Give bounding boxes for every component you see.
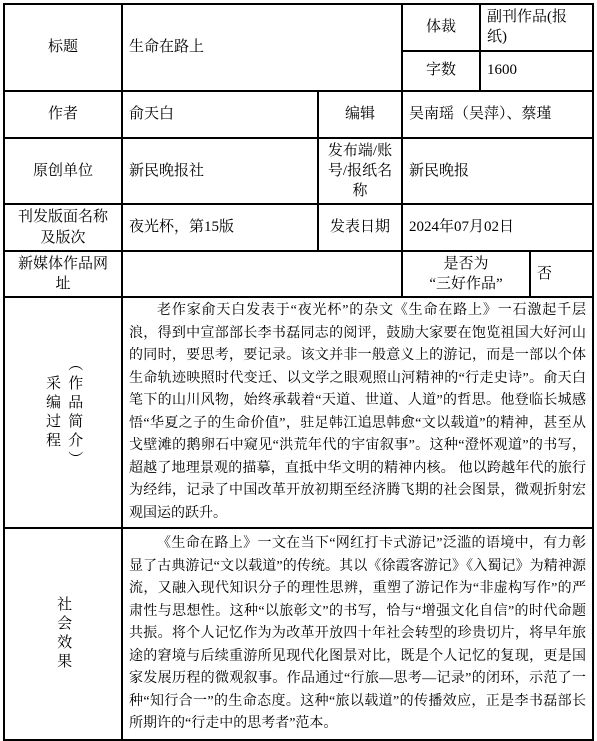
publish-date-label: 发表日期 — [318, 204, 402, 251]
page-label: 刊发版面名称 及版次 — [4, 204, 122, 251]
document-sheet: 标题 生命在路上 体裁 副刊作品(报纸) 字数 1600 作者 俞天白 编辑 吴… — [0, 0, 597, 686]
process-label-left-column: 采编过程 — [42, 375, 62, 451]
wordcount-label: 字数 — [402, 51, 480, 91]
newmedia-url-label: 新媒体作品网 址 — [4, 251, 122, 298]
effect-section-text-cell: 《生命在路上》一文在当下“网红打卡式游记”泛滥的语境中，有力彰显了古典游记“文以… — [122, 528, 593, 740]
effect-label-column: 社会效果 — [53, 596, 73, 672]
genre-label: 体裁 — [402, 4, 480, 51]
origin-unit-label: 原创单位 — [4, 138, 122, 205]
process-section-paragraph: 老作家俞天白发表于“夜光杯”的杂文《生命在路上》一石激起千层浪，得到中宣部部长李… — [129, 300, 586, 525]
title-label: 标题 — [4, 4, 122, 91]
publish-date-value: 2024年07月02日 — [402, 204, 593, 251]
editor-value: 吴南瑶（吴萍）、蔡瑾 — [402, 91, 593, 138]
sanhao-value: 否 — [530, 251, 593, 298]
effect-section-paragraph: 《生命在路上》一文在当下“网红打卡式游记”泛滥的语境中，有力彰显了古典游记“文以… — [129, 533, 586, 736]
newmedia-url-value — [122, 251, 402, 298]
channel-value: 新民晚报 — [402, 138, 593, 205]
effect-section-label-cell: 社会效果 — [4, 528, 122, 740]
process-section-label-cell: 采编过程 （作品简介） — [4, 297, 122, 528]
author-label: 作者 — [4, 91, 122, 138]
editor-label: 编辑 — [318, 91, 402, 138]
title-value: 生命在路上 — [122, 4, 402, 91]
channel-label: 发布端/账 号/报纸名 称 — [318, 138, 402, 205]
process-section-text-cell: 老作家俞天白发表于“夜光杯”的杂文《生命在路上》一石激起千层浪，得到中宣部部长李… — [122, 297, 593, 528]
sanhao-label: 是否为 “三好作品” — [402, 251, 530, 298]
genre-value: 副刊作品(报纸) — [480, 4, 593, 51]
process-section-label: 采编过程 （作品简介） — [11, 356, 115, 470]
author-value: 俞天白 — [122, 91, 318, 138]
process-label-right-column: （作品简介） — [64, 356, 84, 470]
award-entry-form-table: 标题 生命在路上 体裁 副刊作品(报纸) 字数 1600 作者 俞天白 编辑 吴… — [3, 3, 594, 741]
page-value: 夜光杯，第15版 — [122, 204, 318, 251]
effect-section-label: 社会效果 — [11, 596, 115, 672]
wordcount-value: 1600 — [480, 51, 593, 91]
origin-unit-value: 新民晚报社 — [122, 138, 318, 205]
